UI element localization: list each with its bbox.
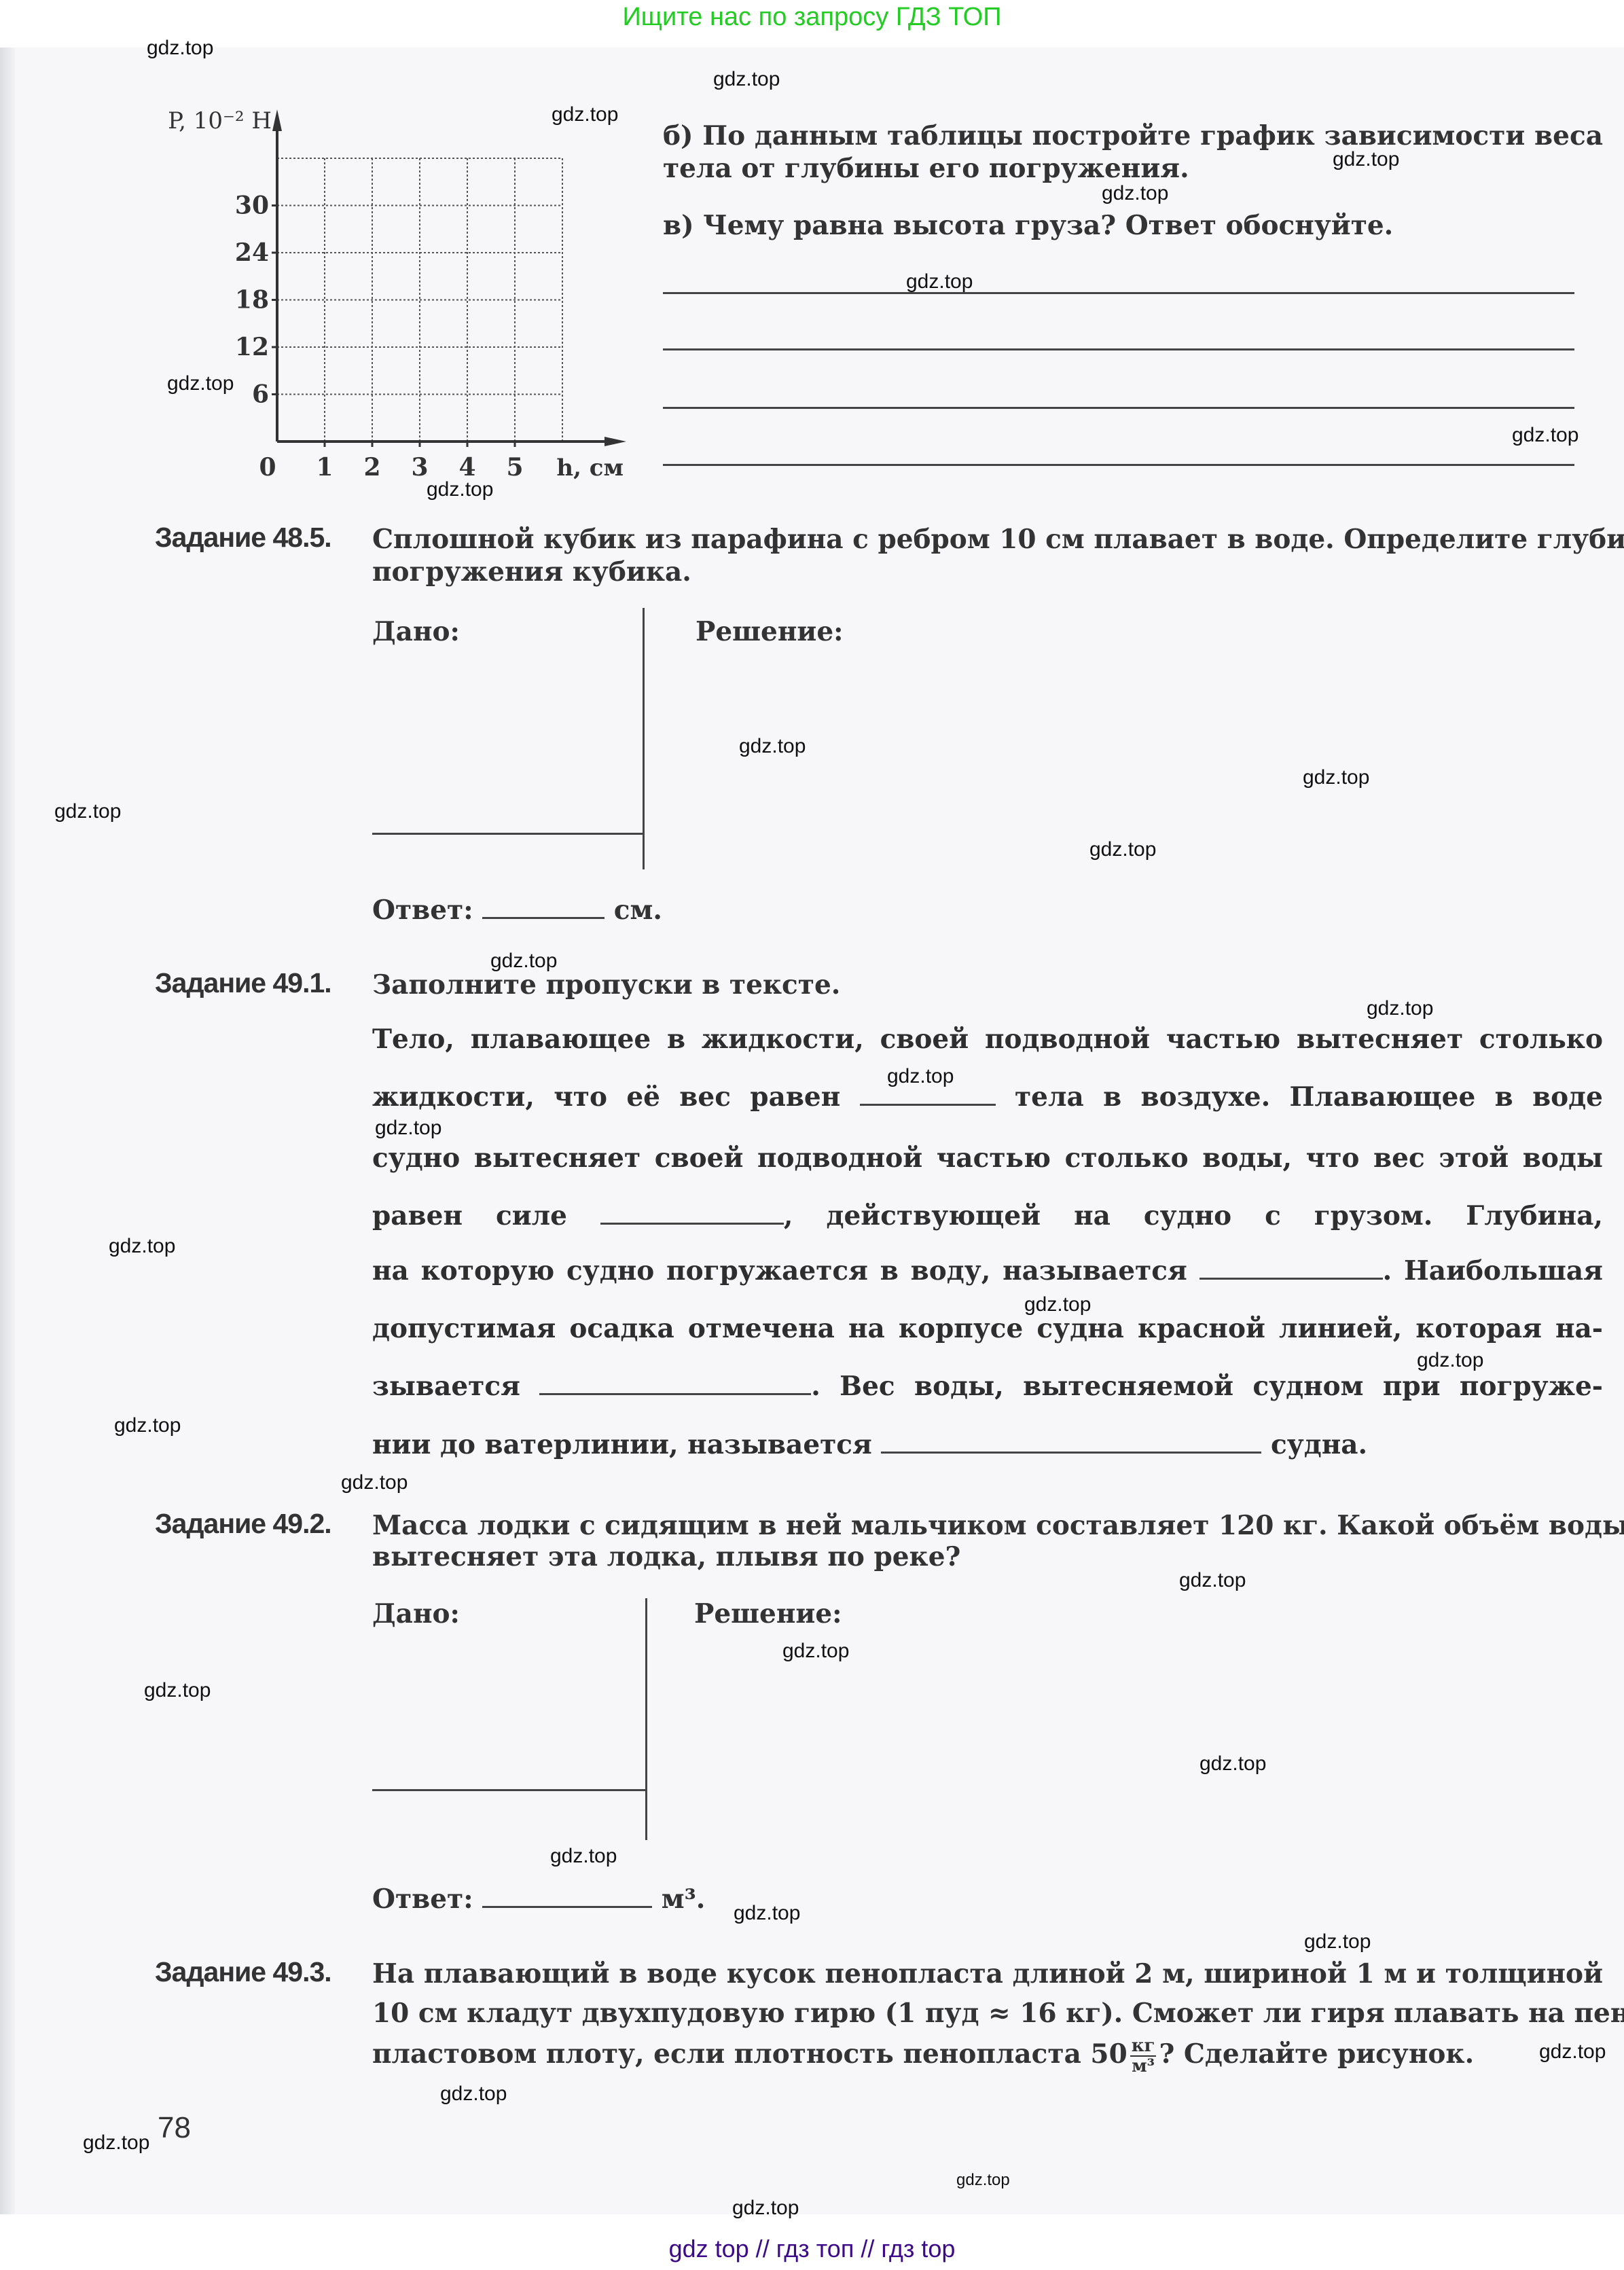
- page-binding-shadow: [0, 48, 15, 2214]
- watermark: gdz.top: [956, 2171, 1010, 2190]
- watermark: gdz.top: [1024, 1293, 1091, 1316]
- watermark: gdz.top: [1199, 1752, 1266, 1776]
- svg-text:P, 10⁻² Н: P, 10⁻² Н: [168, 109, 272, 134]
- watermark: gdz.top: [490, 950, 557, 973]
- watermark: gdz.top: [1367, 997, 1433, 1020]
- given-label: Дано:: [372, 1598, 460, 1630]
- watermark: gdz.top: [782, 1640, 849, 1663]
- task-49-2-text-line1: Масса лодки с сидящим в ней мальчиком со…: [372, 1509, 1603, 1542]
- answer-unit: м³.: [662, 1884, 706, 1915]
- svg-text:12: 12: [235, 333, 269, 361]
- answer-label: Ответ:: [372, 895, 473, 926]
- watermark: gdz.top: [167, 372, 234, 395]
- given-underline: [372, 833, 644, 835]
- footer-banner[interactable]: gdz top // гдз топ // гдз top: [0, 2235, 1624, 2263]
- watermark: gdz.top: [1512, 424, 1578, 447]
- task-49-3-text-line1: На плавающий в воде кусок пенопласта дли…: [372, 1958, 1603, 1990]
- watermark: gdz.top: [144, 1679, 211, 1702]
- watermark: gdz.top: [739, 735, 806, 758]
- given-solution-divider: [643, 608, 645, 869]
- watermark: gdz.top: [713, 68, 780, 91]
- watermark: gdz.top: [552, 103, 618, 126]
- density-unit-fraction: кгм³: [1130, 2036, 1157, 2076]
- solution-label: Решение:: [694, 1598, 842, 1630]
- fill-text-line: жидкости, что её вес равен тела в воздух…: [372, 1081, 1603, 1113]
- task-49-1-label: Задание 49.1.: [155, 967, 331, 999]
- watermark: gdz.top: [734, 1902, 800, 1925]
- weight-depth-graph: 612182430012345P, 10⁻² Нh, см: [136, 109, 652, 489]
- watermark: gdz.top: [440, 2083, 507, 2106]
- svg-text:6: 6: [252, 380, 269, 409]
- watermark: gdz.top: [1089, 838, 1156, 861]
- answer-line[interactable]: [663, 348, 1574, 350]
- task-48-5-label: Задание 48.5.: [155, 522, 331, 554]
- svg-text:24: 24: [235, 238, 269, 267]
- watermark: gdz.top: [114, 1414, 181, 1437]
- watermark: gdz.top: [147, 37, 213, 60]
- svg-text:2: 2: [363, 453, 380, 482]
- task-48-4-part-v: в) Чему равна высота груза? Ответ обосну…: [663, 209, 1393, 242]
- task-49-2-label: Задание 49.2.: [155, 1508, 331, 1540]
- watermark: gdz.top: [109, 1235, 175, 1258]
- given-label: Дано:: [372, 615, 460, 648]
- answer-label: Ответ:: [372, 1884, 473, 1915]
- svg-text:0: 0: [259, 453, 276, 482]
- answer-row: Ответ: см.: [372, 894, 662, 926]
- task-49-1-intro: Заполните пропуски в тексте.: [372, 969, 840, 1001]
- watermark: gdz.top: [1304, 1930, 1371, 1953]
- fill-text-line: зывается . Вес воды, вытесняемой судном …: [372, 1370, 1603, 1403]
- watermark: gdz.top: [1102, 182, 1168, 205]
- svg-text:h, см: h, см: [556, 454, 624, 482]
- answer-line[interactable]: [663, 407, 1574, 409]
- task-48-4-part-b-line1: б) По данным таблицы постройте график за…: [663, 120, 1603, 152]
- answer-field[interactable]: [482, 897, 605, 919]
- watermark: gdz.top: [341, 1471, 408, 1494]
- answer-line[interactable]: [663, 292, 1574, 294]
- answer-row: Ответ: м³.: [372, 1883, 705, 1915]
- fill-text-line: допустимая осадка отмечена на корпусе су…: [372, 1312, 1603, 1345]
- svg-text:5: 5: [506, 453, 523, 482]
- fill-text-line: на которую судно погружается в воду, наз…: [372, 1255, 1603, 1287]
- header-banner[interactable]: Ищите нас по запросу ГДЗ ТОП: [0, 3, 1624, 32]
- task-48-4-part-b-line2: тела от глубины его погружения.: [663, 152, 1189, 185]
- fill-in-blank[interactable]: [600, 1202, 784, 1225]
- task-49-2-text-line2: вытесняет эта лодка, плывя по реке?: [372, 1541, 960, 1573]
- fill-in-blank[interactable]: [539, 1373, 811, 1395]
- svg-text:18: 18: [235, 286, 269, 314]
- answer-line[interactable]: [663, 464, 1574, 466]
- fill-in-blank[interactable]: [881, 1431, 1261, 1454]
- svg-text:1: 1: [316, 453, 333, 482]
- task-49-3-text-line2: 10 см кладут двухпудовую гирю (1 пуд ≈ 1…: [372, 1997, 1603, 2030]
- given-underline: [372, 1789, 647, 1791]
- task-49-3-label: Задание 49.3.: [155, 1956, 331, 1988]
- watermark: gdz.top: [906, 270, 973, 293]
- page-number: 78: [158, 2111, 191, 2145]
- watermark: gdz.top: [887, 1065, 954, 1088]
- watermark: gdz.top: [732, 2197, 799, 2220]
- fill-text-line: равен силе , действующей на судно с груз…: [372, 1200, 1603, 1232]
- watermark: gdz.top: [375, 1117, 441, 1140]
- solution-label: Решение:: [696, 615, 844, 648]
- watermark: gdz.top: [1417, 1349, 1483, 1372]
- answer-unit: см.: [614, 895, 662, 926]
- svg-text:3: 3: [411, 453, 428, 482]
- watermark: gdz.top: [550, 1845, 617, 1868]
- watermark: gdz.top: [427, 478, 493, 501]
- task-48-5-text-line1: Сплошной кубик из парафина с ребром 10 с…: [372, 523, 1603, 556]
- watermark: gdz.top: [54, 800, 121, 823]
- watermark: gdz.top: [1179, 1569, 1246, 1592]
- fill-in-blank[interactable]: [1199, 1257, 1383, 1280]
- watermark: gdz.top: [1303, 766, 1369, 789]
- watermark: gdz.top: [1333, 148, 1399, 171]
- answer-field[interactable]: [482, 1886, 652, 1908]
- watermark: gdz.top: [83, 2131, 149, 2155]
- task-49-3-text-line3: пластовом плоту, если плотность пеноплас…: [372, 2036, 1474, 2076]
- svg-text:4: 4: [458, 453, 475, 482]
- given-solution-divider: [645, 1598, 647, 1840]
- watermark: gdz.top: [1539, 2040, 1606, 2064]
- task-48-5-text-line2: погружения кубика.: [372, 556, 691, 588]
- fill-text-line: нии до ватерлинии, называется судна.: [372, 1428, 1603, 1461]
- fill-text-line: судно вытесняет своей подводной частью с…: [372, 1142, 1603, 1174]
- fill-text-line: Тело, плавающее в жидкости, своей подвод…: [372, 1023, 1603, 1056]
- svg-text:30: 30: [235, 192, 269, 220]
